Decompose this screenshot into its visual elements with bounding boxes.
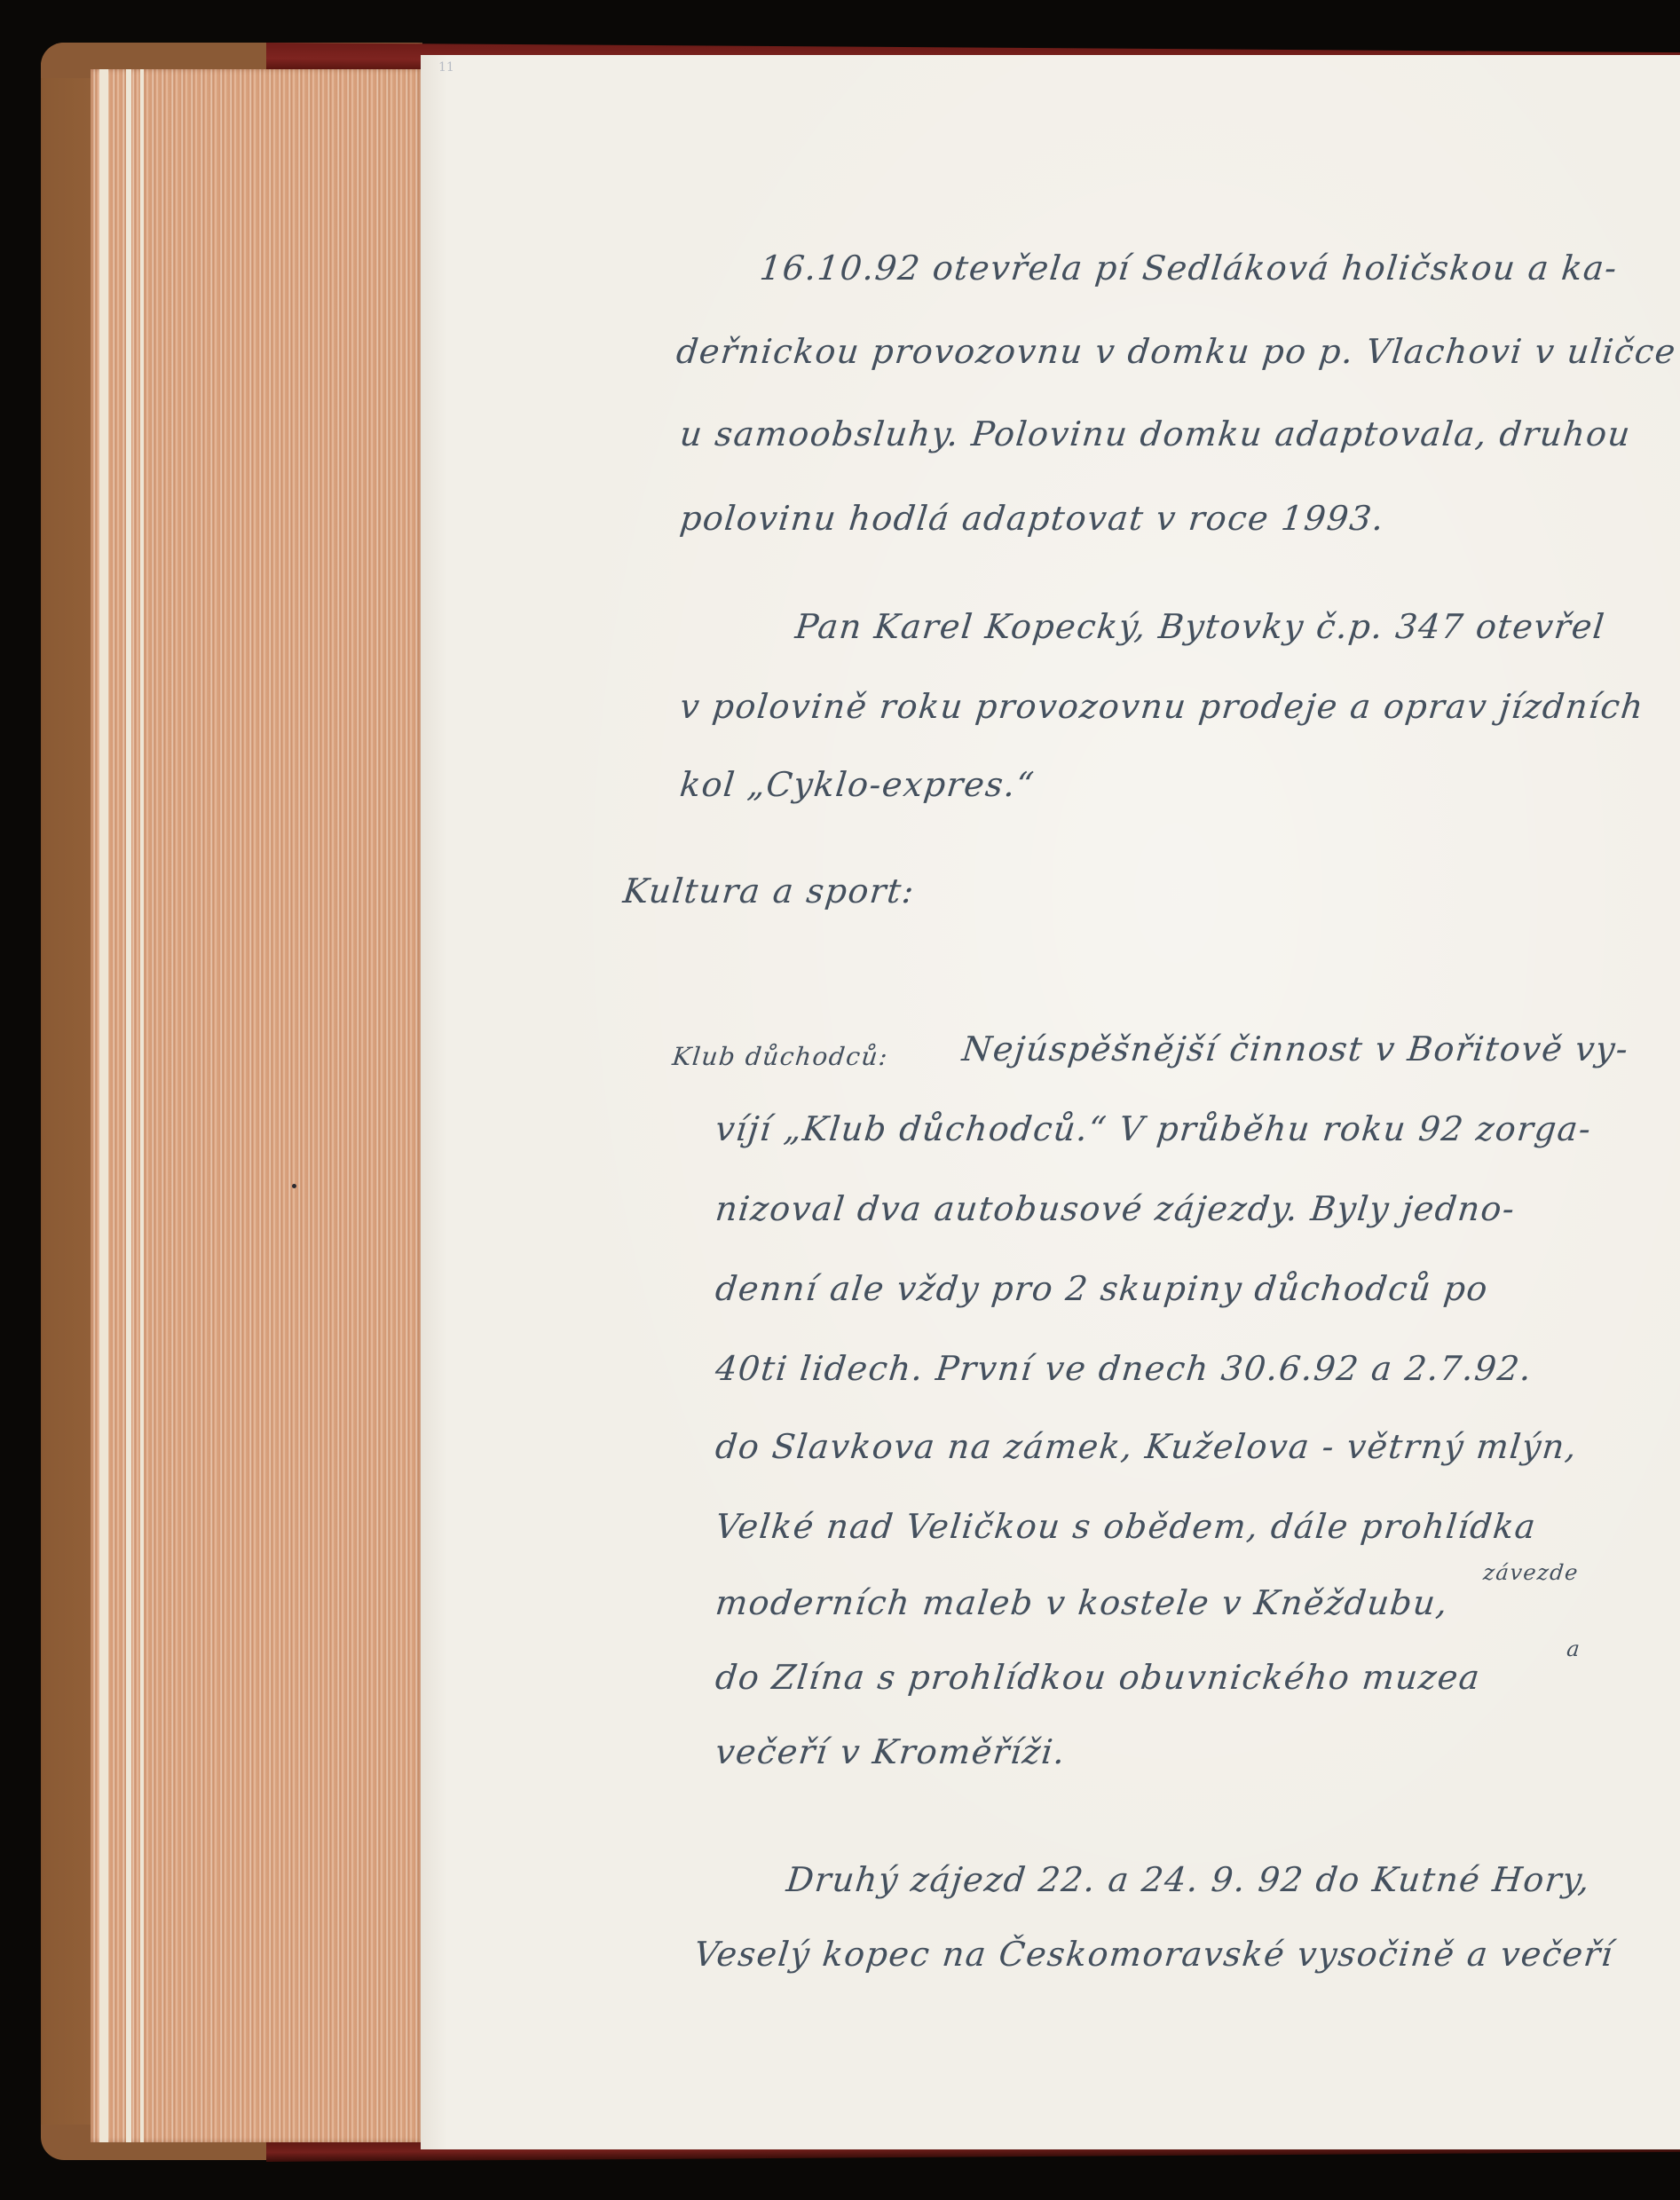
paragraph-3-line-5: 40ti lidech. První ve dnech 30.6.92 a 2.… [714,1349,1534,1388]
page-corner-mark: 11 [438,60,454,75]
page-leaf-light [126,69,131,2142]
paragraph-3-line-3: nizoval dva autobusové zájezdy. Byly jed… [714,1189,1518,1228]
paragraph-3-insertion-a: a [1566,1636,1582,1661]
paragraph-3-line-8: moderních maleb v kostele v Kněždubu, [714,1583,1450,1622]
paragraph-3-line-1: Nejúspěšnější činnost v Bořitově vy- [960,1029,1631,1068]
paragraph-3-line-10: večeří v Kroměříži. [714,1732,1068,1771]
paragraph-3-line-9: do Zlína s prohlídkou obuvnického muzea [714,1658,1483,1697]
section-heading-kultura-a-sport: Kultura a sport: [621,871,917,911]
paragraph-1-line-3: u samoobsluhy. Polovinu domku adaptovala… [678,414,1633,453]
page-leaf-light [140,69,144,2142]
page-leaf-light [99,69,108,2142]
paragraph-1-line-2: deřnickou provozovnu v domku po p. Vlach… [674,332,1678,371]
handwritten-page: 11 16.10.92 otevřela pí Sedláková holičs… [421,55,1680,2149]
paragraph-3-insertion-zavezde: závezde [1482,1560,1580,1585]
paragraph-3-line-2: víjí „Klub důchodců.“ V průběhu roku 92 … [714,1109,1594,1148]
paragraph-2-line-1: Pan Karel Kopecký, Bytovky č.p. 347 otev… [793,607,1607,646]
paragraph-3-line-7: Velké nad Veličkou s obědem, dále prohlí… [714,1507,1538,1546]
page-speck [292,1184,296,1188]
page-edge-stack [91,69,421,2142]
paragraph-3-line-6: do Slavkova na zámek, Kuželova - větrný … [714,1427,1580,1466]
paragraph-1-line-1: 16.10.92 otevřela pí Sedláková holičskou… [758,248,1620,288]
paragraph-1-line-4: polovinu hodlá adaptovat v roce 1993. [678,499,1386,538]
paragraph-3-line-4: denní ale vždy pro 2 skupiny důchodců po [714,1269,1490,1308]
paragraph-4-line-1: Druhý zájezd 22. a 24. 9. 92 do Kutné Ho… [785,1860,1592,1899]
paragraph-2-line-3: kol „Cyklo-expres.“ [678,765,1037,804]
paragraph-3-label: Klub důchodců: [671,1042,890,1071]
paragraph-4-line-2: Veselý kopec na Českomoravské vysočině a… [692,1935,1615,1974]
paragraph-2-line-2: v polovině roku provozovnu prodeje a opr… [678,687,1646,726]
